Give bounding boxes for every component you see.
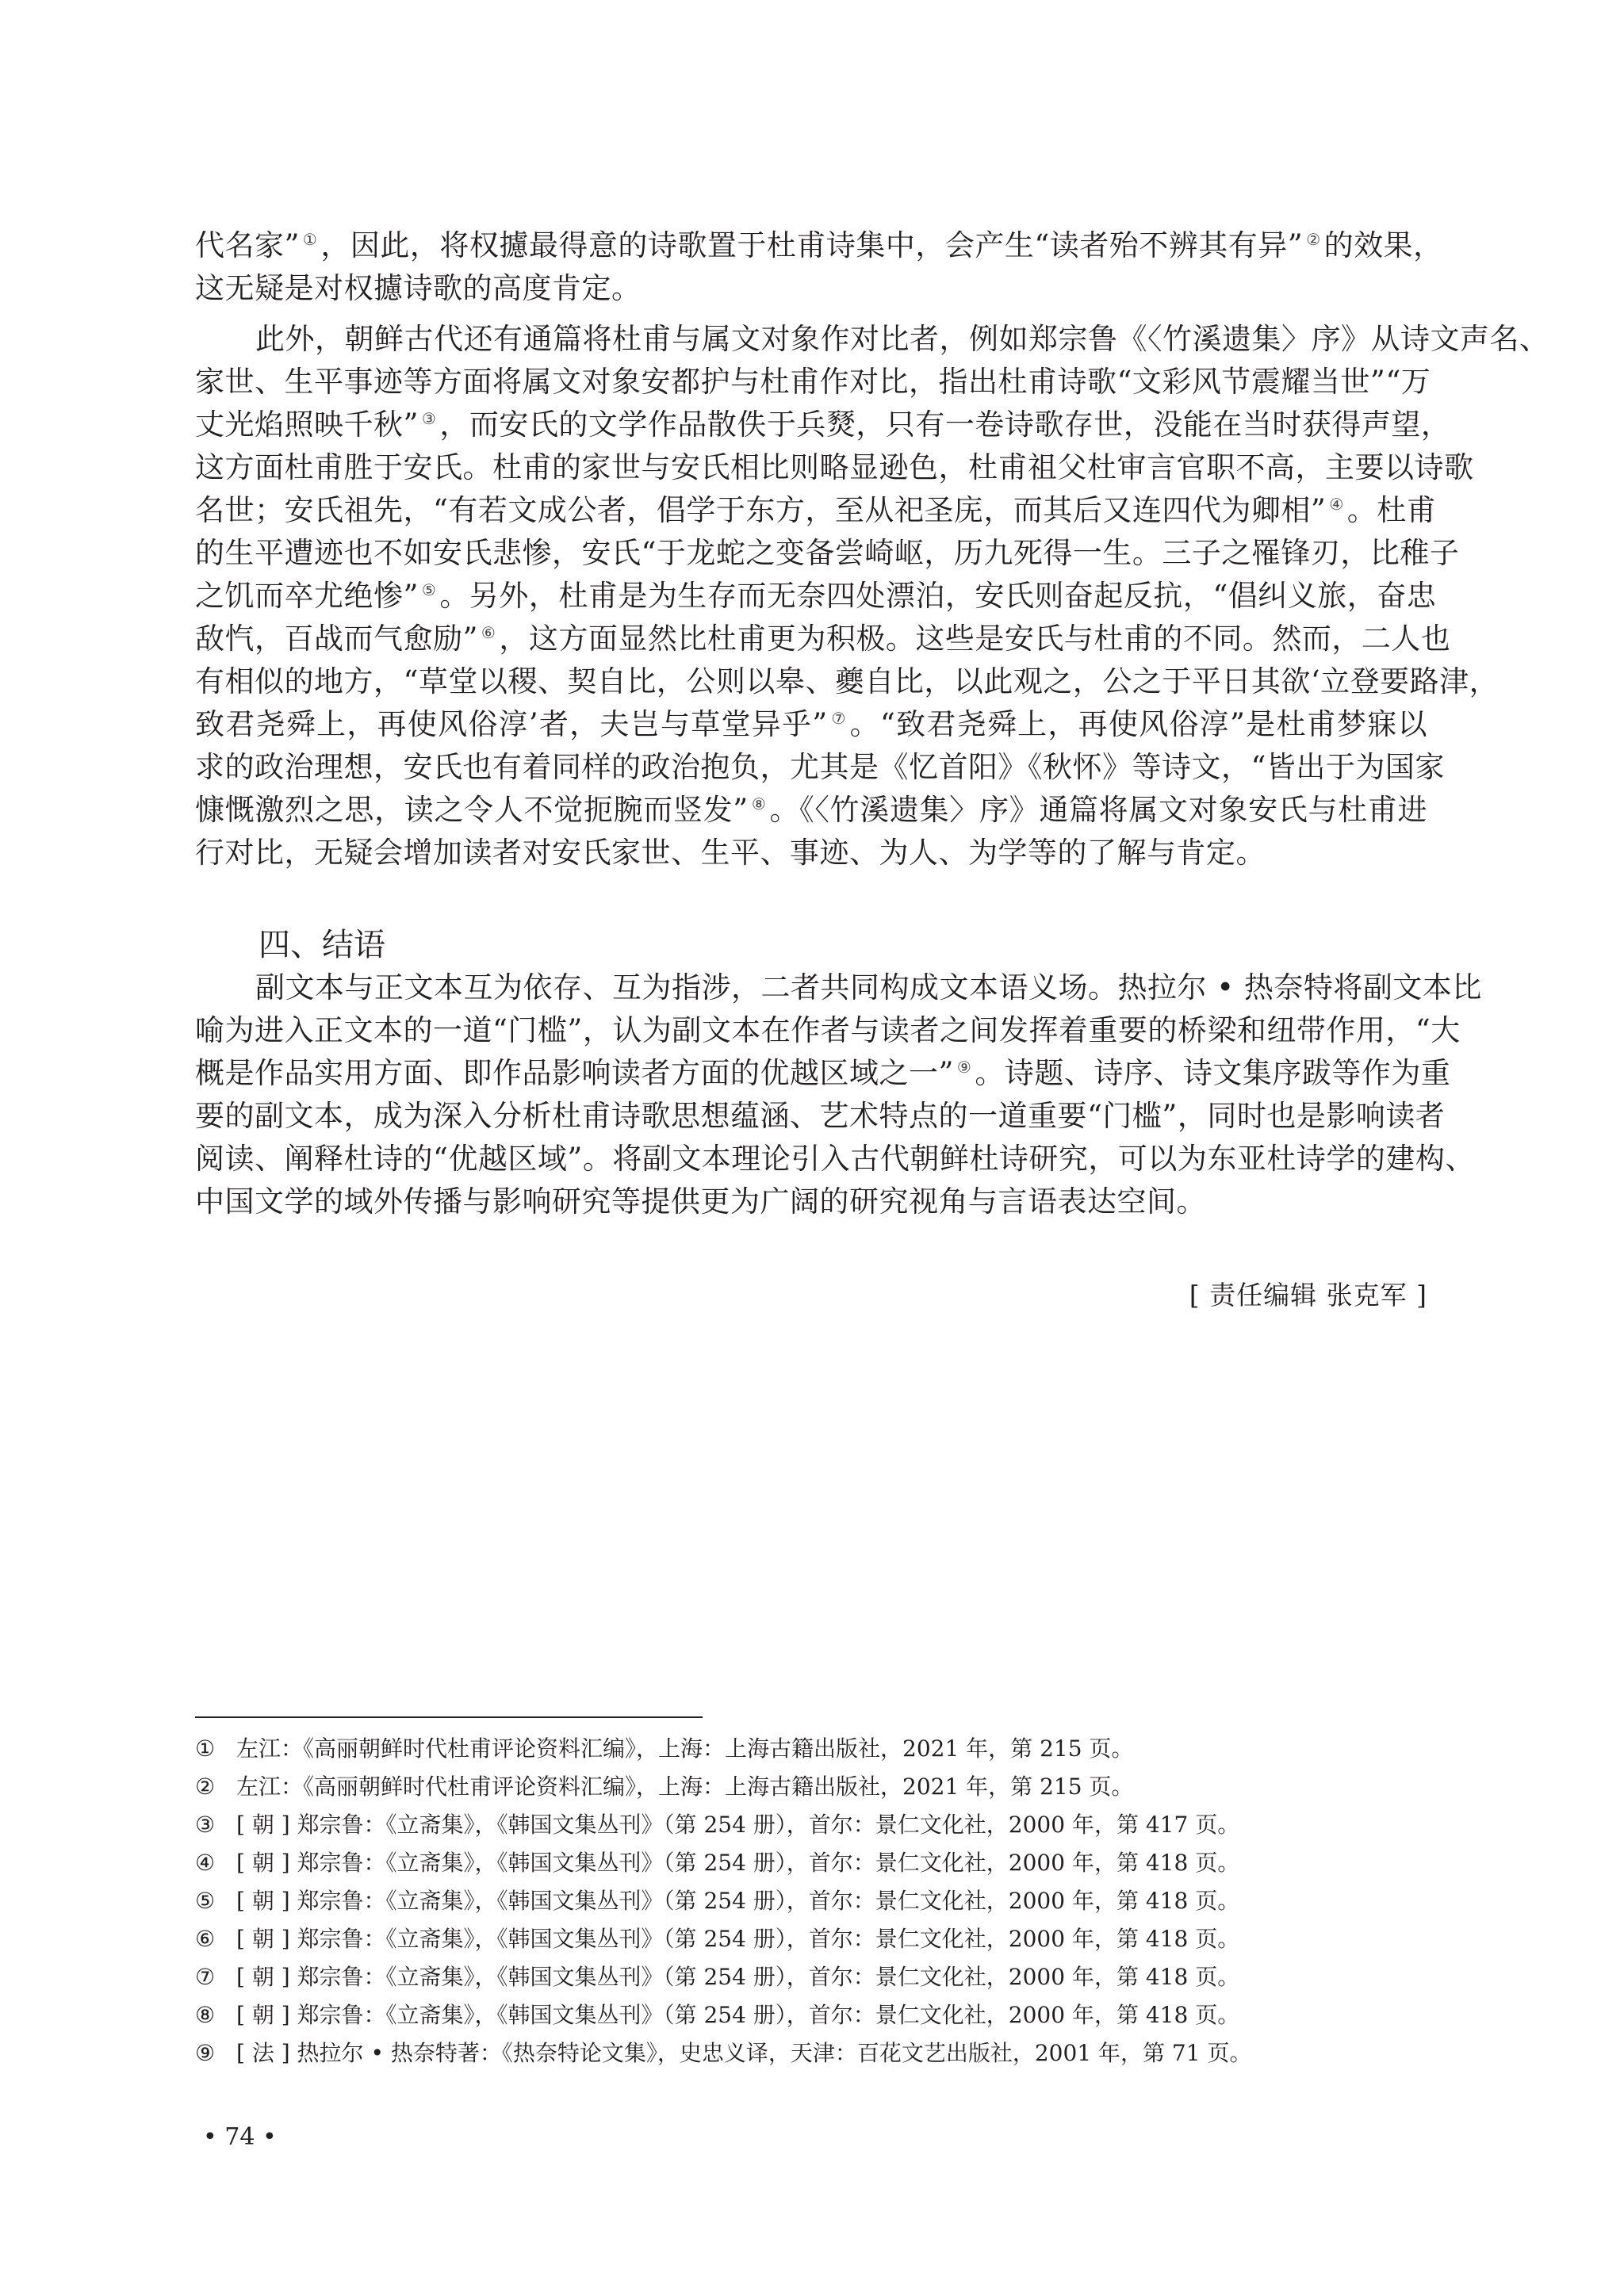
text-line: 致君尧舜上，再使风俗淳’者，夫岂与草堂异乎”⑦。“致君尧舜上，再使风俗淳”是杜甫… (195, 706, 1427, 744)
text-line: 概是作品实用方面、即作品影响读者方面的优越区域之一”⑨。诗题、诗序、诗文集序跋等… (195, 1054, 1427, 1093)
text-line: 慷慨激烈之思，读之令人不觉扼腕而竖发”⑧。《〈竹溪遗集〉序》通篇将属文对象安氏与… (195, 791, 1427, 829)
footnote-number: ③ (195, 1809, 236, 1841)
footnote-item: ④[ 朝 ] 郑宗鲁：《立斋集》，《韩国文集丛刊》（第 254 册），首尔：景仁… (195, 1847, 1427, 1879)
text-line: 这无疑是对权攄诗歌的高度肯定。 (195, 270, 1427, 308)
footnote-item: ⑥[ 朝 ] 郑宗鲁：《立斋集》，《韩国文集丛刊》（第 254 册），首尔：景仁… (195, 1923, 1427, 1955)
footnote-number: ⑨ (195, 2038, 236, 2069)
footnote-number: ① (195, 1733, 236, 1765)
text-line: 丈光焰照映千秋”③，而安氏的文学作品散佚于兵燹，只有一卷诗歌存世，没能在当时获得… (195, 406, 1427, 444)
footnote-ref-7[interactable]: ⑦ (831, 709, 847, 728)
text-line: 此外，朝鲜古代还有通篇将杜甫与属文对象作对比者，例如郑宗鲁《〈竹溪遗集〉序》从诗… (195, 320, 1427, 358)
footnote-item: ③[ 朝 ] 郑宗鲁：《立斋集》，《韩国文集丛刊》（第 254 册），首尔：景仁… (195, 1809, 1427, 1841)
footnote-number: ⑥ (195, 1923, 236, 1955)
footnote-ref-6[interactable]: ⑥ (481, 623, 496, 642)
text-line: 有相似的地方，“草堂以稷、契自比，公则以皋、夔自比，以此观之，公之于平日其欲‘立… (195, 663, 1427, 701)
footnote-number: ⑤ (195, 1885, 236, 1917)
page-number: • 74 • (203, 2122, 277, 2153)
footnote-ref-3[interactable]: ③ (422, 409, 436, 428)
footnote-item: ⑨[ 法 ] 热拉尔 • 热奈特著：《热奈特论文集》，史忠义译，天津：百花文艺出… (195, 2038, 1427, 2069)
text-line: 名世；安氏祖先，“有若文成公者，倡学于东方，至从祀圣庑，而其后又连四代为卿相”④… (195, 492, 1427, 530)
editor-credit: [ 责任编辑 张克军 ] (1189, 1278, 1427, 1313)
text-line: 副文本与正文本互为依存、互为指涉，二者共同构成文本语义场。热拉尔 • 热奈特将副… (195, 969, 1427, 1007)
footnote-number: ② (195, 1771, 236, 1803)
text-line: 的生平遭迹也不如安氏悲惨，安氏“于龙蛇之变备尝崎岖，历九死得一生。三子之罹锋刃，… (195, 534, 1427, 572)
text-line: 阅读、阐释杜诗的“优越区域”。将副文本理论引入古代朝鲜杜诗研究，可以为东亚杜诗学… (195, 1140, 1427, 1178)
footnote-ref-1[interactable]: ① (303, 230, 317, 249)
footnote-item: ②左江：《高丽朝鲜时代杜甫评论资料汇编》，上海：上海古籍出版社，2021 年，第… (195, 1771, 1427, 1803)
footnote-item: ⑤[ 朝 ] 郑宗鲁：《立斋集》，《韩国文集丛刊》（第 254 册），首尔：景仁… (195, 1885, 1427, 1917)
text-line: 喻为进入正文本的一道“门槛”，认为副文本在作者与读者之间发挥着重要的桥梁和纽带作… (195, 1012, 1427, 1050)
footnote-ref-8[interactable]: ⑧ (752, 794, 767, 813)
text-line: 敌忾，百战而气愈励”⑥，这方面显然比杜甫更为积极。这些是安氏与杜甫的不同。然而，… (195, 620, 1427, 658)
footnote-item: ①左江：《高丽朝鲜时代杜甫评论资料汇编》，上海：上海古籍出版社，2021 年，第… (195, 1733, 1427, 1765)
footnote-number: ⑧ (195, 1999, 236, 2031)
text-line: 求的政治理想，安氏也有着同样的政治抱负，尤其是《忆首阳》《秋怀》等诗文，“皆出于… (195, 748, 1427, 786)
text-line: 要的副文本，成为深入分析杜甫诗歌思想蕴涵、艺术特点的一道重要“门槛”，同时也是影… (195, 1097, 1427, 1135)
text-line: 中国文学的域外传播与影响研究等提供更为广阔的研究视角与言语表达空间。 (195, 1183, 1427, 1221)
text-line: 家世、生平事迹等方面将属文对象安都护与杜甫作对比，指出杜甫诗歌“文彩风节震耀当世… (195, 363, 1427, 401)
text-line: 行对比，无疑会增加读者对安氏家世、生平、事迹、为人、为学等的了解与肯定。 (195, 834, 1427, 872)
footnote-divider (195, 1716, 703, 1718)
footnote-item: ⑦[ 朝 ] 郑宗鲁：《立斋集》，《韩国文集丛刊》（第 254 册），首尔：景仁… (195, 1961, 1427, 1993)
section-heading: 四、结语 (259, 925, 385, 965)
footnote-ref-2[interactable]: ② (1306, 230, 1320, 249)
text-line: 之饥而卒尤绝惨”⑤。另外，杜甫是为生存而无奈四处漂泊，安氏则奋起反抗，“倡纠义旅… (195, 577, 1427, 615)
footnote-number: ⑦ (195, 1961, 236, 1993)
footnote-number: ④ (195, 1847, 236, 1879)
footnote-ref-4[interactable]: ④ (1329, 495, 1343, 514)
footnote-ref-5[interactable]: ⑤ (422, 580, 436, 599)
text-line: 这方面杜甫胜于安氏。杜甫的家世与安氏相比则略显逊色，杜甫祖父杜审言官职不高，主要… (195, 449, 1427, 487)
text-line: 代名家”①，因此，将权攄最得意的诗歌置于杜甫诗集中，会产生“读者殆不辨其有异”②… (195, 227, 1427, 265)
footnote-item: ⑧[ 朝 ] 郑宗鲁：《立斋集》，《韩国文集丛刊》（第 254 册），首尔：景仁… (195, 1999, 1427, 2031)
footnote-ref-9[interactable]: ⑨ (957, 1058, 971, 1077)
